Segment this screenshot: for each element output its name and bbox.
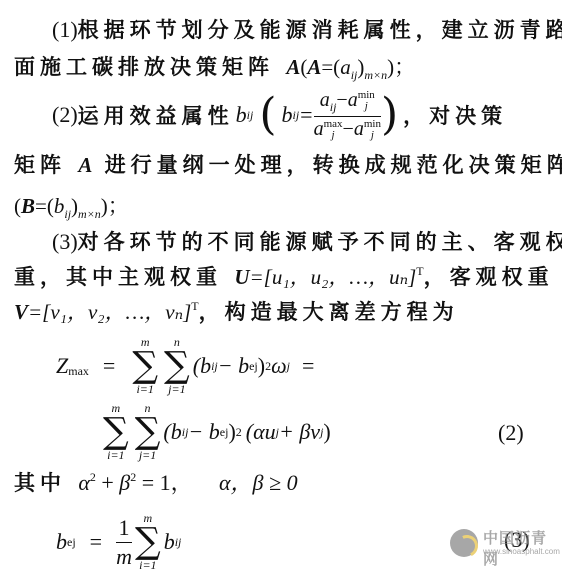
big-paren-open: ( (259, 93, 281, 137)
equals: = (90, 529, 102, 555)
a: a (314, 118, 324, 140)
text: ，构造最大离差方程为 (199, 300, 459, 324)
sum-i: m∑i=1 (135, 512, 161, 572)
alpha: α (78, 470, 90, 495)
var-b: b (236, 102, 247, 128)
sub: ij (182, 425, 189, 440)
sum-i: m∑i=1 (103, 402, 129, 462)
element-b: b (54, 194, 65, 218)
denominator: amaxj−aminj (314, 117, 381, 141)
fraction-1-over-m: 1m (116, 515, 132, 570)
z: Z (56, 353, 68, 379)
bottom: j=1 (164, 383, 190, 396)
sigma-icon: ∑ (132, 349, 158, 383)
para1-line2-text: 面施工碳排放决策矩阵 (14, 55, 274, 79)
numerator: 1 (116, 515, 132, 543)
term: − b (188, 419, 219, 445)
sub: ej (249, 359, 258, 374)
sub-ij: ij (247, 108, 254, 123)
sub-j: j (324, 130, 343, 141)
watermark: 中国沥青网 www.sinoasphalt.com (450, 527, 558, 561)
text: ，客观权重 (424, 265, 554, 289)
sub-ij: ij (175, 535, 182, 550)
sub-j: j (358, 101, 375, 112)
para2-line1: (2)运用效益属性 bij ( bij= aij−aminj amaxj−ami… (52, 90, 507, 140)
minus: − (336, 89, 347, 111)
transpose: T (416, 264, 423, 278)
var-b-2: b (282, 102, 293, 128)
constraint-line: 其中 α2 + β2 = 1， α，β ≥ 0 (14, 466, 298, 497)
denominator: m (116, 543, 132, 570)
sub: ej (220, 425, 229, 440)
sub: j (287, 359, 290, 374)
text: 进行量纲一处理，转换成规范化决策矩阵 (105, 153, 562, 177)
equation-number-2: (2) (498, 420, 524, 446)
sup: 2 (236, 425, 242, 440)
text: 其中 (14, 471, 66, 495)
paren-close: ) (71, 194, 78, 218)
sigma-icon: ∑ (135, 415, 161, 449)
numerator: aij−aminj (314, 89, 381, 117)
para1-line2: 面施工碳排放决策矩阵 A(A=(aij)m×n)； (14, 51, 415, 83)
sigma-icon: ∑ (135, 525, 161, 559)
sub-ij-2: ij (293, 108, 300, 123)
para3-line2: 重，其中主观权重 U=[u₁，u₂，…，uₙ]T，客观权重 (14, 261, 554, 291)
weights: (αu (246, 419, 276, 445)
dims: m×n (78, 207, 101, 221)
dims: m×n (364, 68, 387, 82)
u-symbol: U (234, 265, 249, 289)
sigma-icon: ∑ (164, 349, 190, 383)
beta: β (119, 470, 130, 495)
a: a (348, 89, 358, 111)
para1-text: 根据环节划分及能源消耗属性，建立沥青路 (78, 18, 562, 42)
v-definition: =[v₁，v₂，…，vₙ] (28, 300, 191, 324)
paren: ( (14, 194, 21, 218)
big-paren-close: ) (381, 93, 403, 137)
para3-line3: V=[v₁，v₂，…，vₙ]T，构造最大离差方程为 (14, 296, 459, 326)
a: a (320, 89, 330, 111)
equals: =( (321, 55, 340, 79)
omega: ω (271, 353, 287, 379)
term: (b (163, 419, 181, 445)
b: b (164, 529, 175, 555)
condition: α，β ≥ 0 (219, 470, 298, 495)
para2-line2: 矩阵 A 进行量纲一处理，转换成规范化决策矩阵 B (14, 149, 562, 179)
para3-line1: (3)对各环节的不同能源赋予不同的主、客观权 (52, 226, 562, 256)
sub-max: max (68, 364, 89, 379)
a: a (354, 118, 364, 140)
sub: ij (211, 359, 218, 374)
close: ) (258, 353, 265, 379)
plus: + βv (279, 419, 320, 445)
equals: =( (35, 194, 54, 218)
v-symbol: V (14, 300, 28, 324)
equation-3: bej = 1m m∑i=1 bij (56, 512, 181, 572)
para2-label: (2) (52, 102, 78, 128)
end-punct: )； (387, 55, 415, 79)
minus: − (343, 118, 354, 140)
sigma-icon: ∑ (103, 415, 129, 449)
road-logo-icon (450, 529, 478, 557)
end-punct: )； (101, 194, 129, 218)
para1-label: (1) (52, 17, 78, 42)
para3-label: (3) (52, 229, 78, 254)
text: 重，其中主观权重 (14, 265, 222, 289)
sum-j: n∑j=1 (164, 336, 190, 396)
plus: + (96, 470, 119, 495)
transpose: T (191, 299, 198, 313)
para2-line1-end: ，对决策 (403, 100, 507, 130)
equals: = (103, 353, 115, 379)
sub-j: j (364, 130, 381, 141)
para2-line3: (B=(bij)m×n)； (14, 190, 129, 222)
matrix-a-symbol: A (78, 153, 92, 177)
equals: = (300, 102, 312, 128)
equals-one: = 1， (136, 470, 192, 495)
para2-text: 运用效益属性 (78, 100, 234, 130)
term: (b (193, 353, 211, 379)
b: b (56, 529, 67, 555)
matrix-a-symbol-2: A (307, 55, 321, 79)
u-definition: =[u₁，u₂，…，uₙ] (249, 265, 416, 289)
sub-ej: ej (67, 535, 76, 550)
term: − b (218, 353, 249, 379)
equals: = (302, 353, 314, 379)
equation-2-line1: Zmax = m∑i=1 n∑j=1 (bij − bej)2ωj = (56, 336, 314, 396)
close: ) (228, 419, 235, 445)
sum-j: n∑j=1 (135, 402, 161, 462)
close: ) (323, 419, 330, 445)
element-a: a (340, 55, 351, 79)
matrix-b-symbol: B (21, 194, 35, 218)
equation-2-line2: m∑i=1 n∑j=1 (bij − bej)2(αuj + βvj) (100, 402, 331, 462)
matrix-a-symbol: A (286, 55, 300, 79)
normalization-fraction: aij−aminj amaxj−aminj (314, 89, 381, 141)
watermark-url: www.sinoasphalt.com (483, 547, 560, 556)
para1-line1: (1)根据环节划分及能源消耗属性，建立沥青路 (52, 14, 562, 44)
sum-i: m∑i=1 (132, 336, 158, 396)
para3-text: 对各环节的不同能源赋予不同的主、客观权 (78, 230, 562, 254)
text: 矩阵 (14, 153, 66, 177)
